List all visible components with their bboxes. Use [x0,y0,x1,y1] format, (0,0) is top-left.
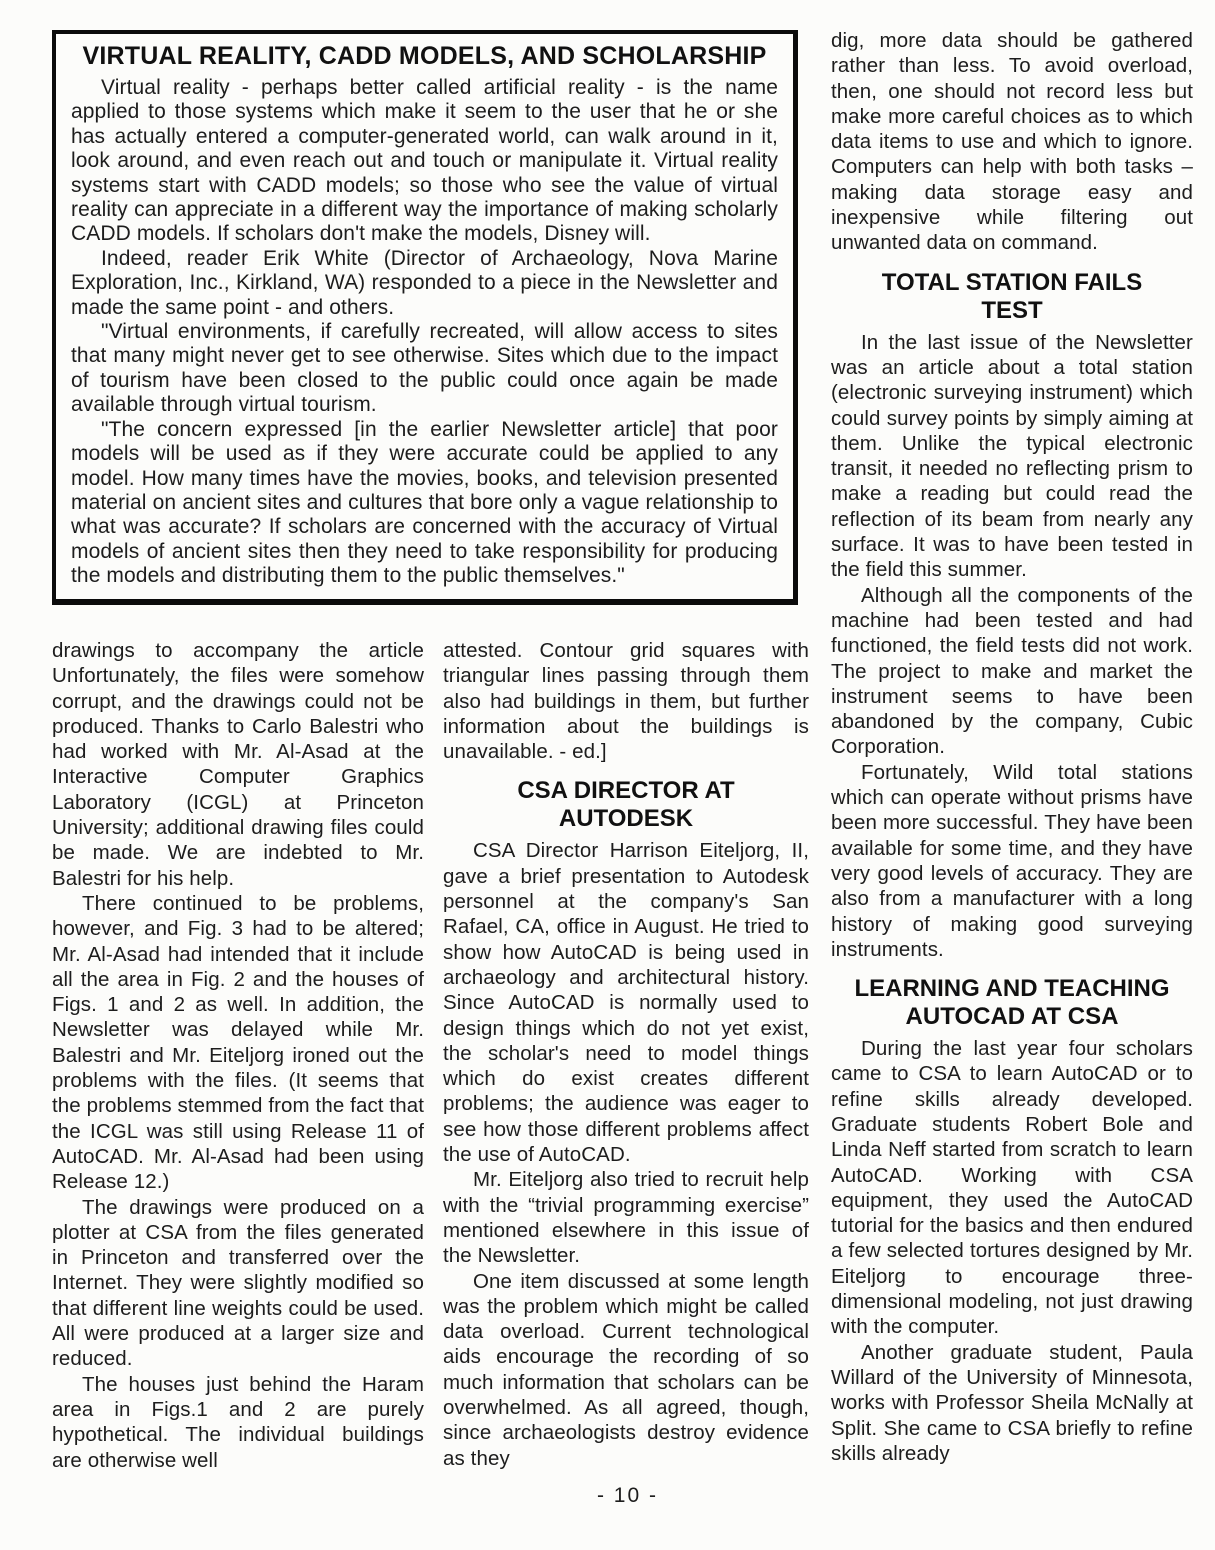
section-heading-total-station: TOTAL STATION FAILS TEST [831,269,1193,325]
body-paragraph: The drawings were produced on a plotter … [52,1195,424,1372]
body-paragraph: Mr. Eiteljorg also tried to recruit help… [443,1167,809,1268]
boxed-article-paragraph: Virtual reality - perhaps better called … [71,76,778,247]
boxed-article-paragraph: Indeed, reader Erik White (Director of A… [71,247,778,320]
boxed-article-paragraph: "The concern expressed [in the earlier N… [71,418,778,589]
heading-line: TEST [831,297,1193,325]
page-number: - 10 - [40,1484,1215,1508]
boxed-article-paragraph: "Virtual environments, if carefully recr… [71,320,778,418]
body-paragraph: One item discussed at some length was th… [443,1269,809,1471]
body-paragraph: CSA Director Harrison Eiteljorg, II, gav… [443,838,809,1167]
body-paragraph: drawings to accompany the article Unfort… [52,638,424,891]
heading-line: TOTAL STATION FAILS [831,269,1193,297]
body-paragraph: During the last year four scholars came … [831,1036,1193,1340]
body-paragraph: Although all the components of the machi… [831,583,1193,760]
boxed-article-title: VIRTUAL REALITY, CADD MODELS, AND SCHOLA… [71,42,778,71]
heading-line: AUTOCAD AT CSA [831,1003,1193,1031]
section-heading-csa-director: CSA DIRECTOR AT AUTODESK [443,777,809,833]
heading-line: CSA DIRECTOR AT [443,777,809,805]
right-column: dig, more data should be gathered rather… [831,28,1193,1466]
body-paragraph: Another graduate student, Paula Willard … [831,1340,1193,1466]
heading-line: AUTODESK [443,805,809,833]
body-paragraph: dig, more data should be gathered rather… [831,28,1193,256]
body-paragraph: There continued to be problems, however,… [52,891,424,1195]
body-paragraph: The houses just behind the Haram area in… [52,1372,424,1473]
middle-column: attested. Contour grid squares with tria… [443,638,809,1471]
body-paragraph: In the last issue of the Newsletter was … [831,330,1193,583]
section-heading-learning: LEARNING AND TEACHING AUTOCAD AT CSA [831,975,1193,1031]
body-paragraph: attested. Contour grid squares with tria… [443,638,809,764]
left-column: drawings to accompany the article Unfort… [52,638,424,1473]
boxed-article: VIRTUAL REALITY, CADD MODELS, AND SCHOLA… [52,30,798,605]
newsletter-page: VIRTUAL REALITY, CADD MODELS, AND SCHOLA… [0,0,1215,1550]
body-paragraph: Fortunately, Wild total stations which c… [831,760,1193,962]
heading-line: LEARNING AND TEACHING [831,975,1193,1003]
